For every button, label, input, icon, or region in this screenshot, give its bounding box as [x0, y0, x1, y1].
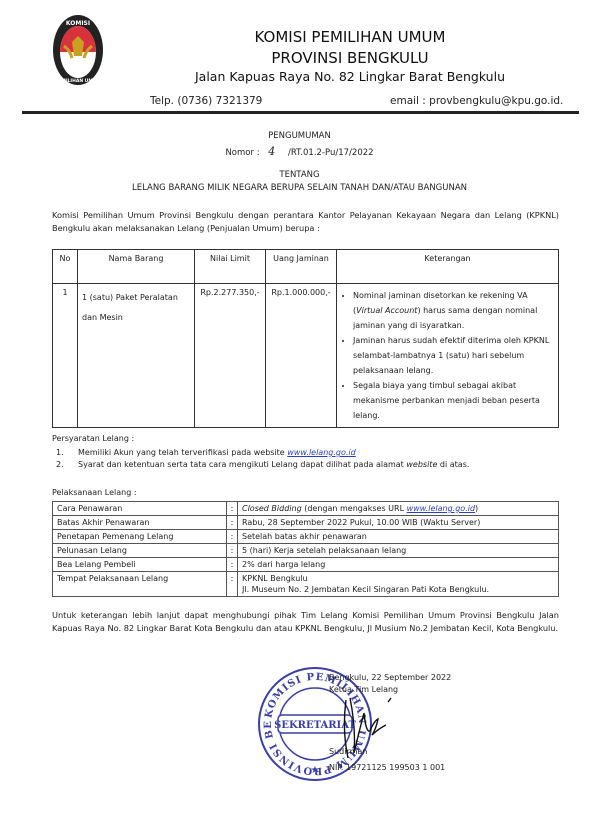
table-row: Bea Lelang Pembeli : 2% dari harga lelan…: [53, 558, 559, 572]
requirement-item: 2.Syarat dan ketentuan serta tata cara m…: [56, 459, 556, 471]
closing-paragraph: Untuk keterangan lebih lanjut dapat meng…: [52, 609, 559, 635]
note-item: Nominal jaminan disetorkan ke rekening V…: [353, 288, 554, 333]
cell-no: 1: [53, 284, 78, 428]
table-row: 1 1 (satu) Paket Peralatan dan Mesin Rp.…: [53, 284, 559, 428]
announcement-number: Nomor : 4 /RT.01.2-Pu/17/2022: [0, 145, 599, 158]
table-row: Tempat Pelaksanaan Lelang : KPKNL Bengku…: [53, 572, 559, 597]
signature-place-date: Bengkulu, 22 September 2022: [329, 672, 451, 684]
number-suffix: /RT.01.2-Pu/17/2022: [288, 148, 374, 158]
table-row: Cara Penawaran : Closed Bidding (dengan …: [53, 502, 559, 516]
signatory-nip: NIP. 19721125 199503 1 001: [329, 762, 445, 774]
cell-item-name: 1 (satu) Paket Peralatan dan Mesin: [78, 284, 195, 428]
note-item: Segala biaya yang timbul sebagai akibat …: [353, 378, 554, 423]
col-nilai-limit: Nilai Limit: [195, 250, 266, 284]
org-name-line1: KOMISI PEMILIHAN UMUM: [130, 28, 570, 46]
execution-table: Cara Penawaran : Closed Bidding (dengan …: [52, 501, 559, 597]
col-keterangan: Keterangan: [337, 250, 559, 284]
col-nama-barang: Nama Barang: [78, 250, 195, 284]
cell-limit: Rp.2.277.350,-: [195, 284, 266, 428]
kpu-logo: KOMISI PEMILIHAN UMUM: [52, 14, 104, 86]
number-handwritten: 4: [268, 145, 275, 158]
signatory-name: Sudirman: [329, 746, 367, 758]
letterhead-divider: [22, 111, 579, 114]
announcement-subject: LELANG BARANG MILIK NEGARA BERUPA SELAIN…: [0, 183, 599, 193]
svg-text:PEMILIHAN UMUM: PEMILIHAN UMUM: [55, 78, 101, 84]
requirements-heading: Persyaratan Lelang :: [52, 434, 134, 443]
col-no: No: [53, 250, 78, 284]
org-email: email : provbengkulu@kpu.go.id.: [390, 95, 563, 107]
table-row: Pelunasan Lelang : 5 (hari) Kerja setela…: [53, 544, 559, 558]
org-address: Jalan Kapuas Raya No. 82 Lingkar Barat B…: [130, 69, 570, 84]
org-name-line2: PROVINSI BENGKULU: [130, 49, 570, 67]
items-table: No Nama Barang Nilai Limit Uang Jaminan …: [52, 249, 559, 428]
lelang-url-link[interactable]: www.lelang.go.id: [407, 504, 475, 513]
note-item: Jaminan harus sudah efektif diterima ole…: [353, 333, 554, 378]
requirements-list: 1.Memiliki Akun yang telah terverifikasi…: [56, 447, 556, 471]
cell-deposit: Rp.1.000.000,-: [266, 284, 337, 428]
notes-list: Nominal jaminan disetorkan ke rekening V…: [341, 288, 554, 423]
announcement-title: PENGUMUMAN: [0, 131, 599, 141]
execution-heading: Pelaksanaan Lelang :: [52, 488, 137, 497]
cell-notes: Nominal jaminan disetorkan ke rekening V…: [337, 284, 559, 428]
lelang-website-link[interactable]: www.lelang.go.id: [287, 448, 355, 457]
org-phone: Telp. (0736) 7321379: [150, 95, 262, 107]
requirement-item: 1.Memiliki Akun yang telah terverifikasi…: [56, 447, 556, 459]
svg-text:★: ★: [311, 765, 320, 776]
intro-paragraph: Komisi Pemilihan Umum Provinsi Bengkulu …: [52, 209, 559, 235]
svg-text:KOMISI: KOMISI: [66, 20, 90, 27]
table-row: Penetapan Pemenang Lelang : Setelah bata…: [53, 530, 559, 544]
items-table-header: No Nama Barang Nilai Limit Uang Jaminan …: [53, 250, 559, 284]
number-label: Nomor :: [225, 148, 259, 158]
col-uang-jaminan: Uang Jaminan: [266, 250, 337, 284]
about-label: TENTANG: [0, 170, 599, 180]
table-row: Batas Akhir Penawaran : Rabu, 28 Septemb…: [53, 516, 559, 530]
